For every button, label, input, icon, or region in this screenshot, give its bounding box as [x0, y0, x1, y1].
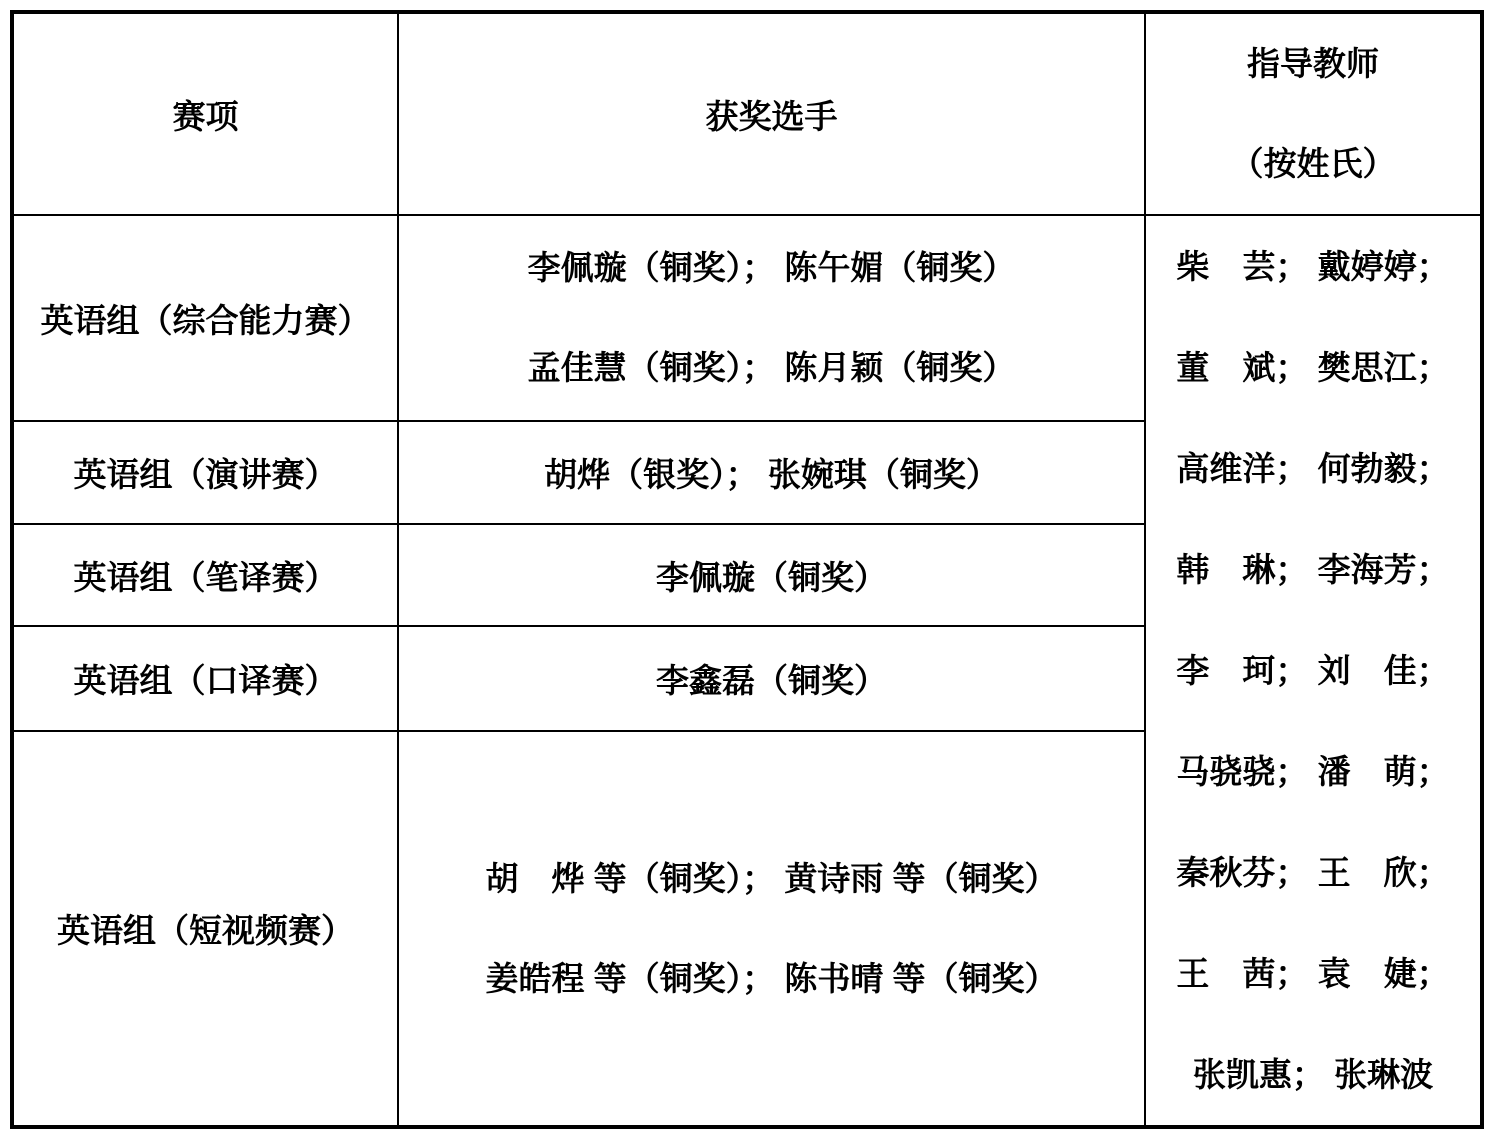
teacher-line: 王 茜； 袁 婕； [1146, 923, 1480, 1024]
winner-line: 胡 烨 等（铜奖）； 黄诗雨 等（铜奖） [399, 829, 1144, 929]
winner-line: 李佩璇（铜奖）； 陈午媚（铜奖） [399, 218, 1144, 318]
teacher-line: 李 珂； 刘 佳； [1146, 620, 1480, 721]
teacher-line: 柴 芸； 戴婷婷； [1146, 216, 1480, 317]
teacher-line: 董 斌； 樊思江； [1146, 317, 1480, 418]
winners-cell: 李鑫磊（铜奖） [398, 626, 1145, 731]
teacher-line: 马骁骁； 潘 萌； [1146, 721, 1480, 822]
document-page: 赛项 获奖选手 指导教师 （按姓氏） 英语组（综合能力赛） 李佩璇（铜奖）； 陈… [0, 0, 1492, 1142]
teacher-line: 高维洋； 何勃毅； [1146, 418, 1480, 519]
event-cell: 英语组（笔译赛） [12, 524, 398, 626]
table-row-comprehensive: 英语组（综合能力赛） 李佩璇（铜奖）； 陈午媚（铜奖） 孟佳慧（铜奖）； 陈月颖… [12, 215, 1482, 421]
winners-cell: 李佩璇（铜奖）； 陈午媚（铜奖） 孟佳慧（铜奖）； 陈月颖（铜奖） [398, 215, 1145, 421]
header-teachers-line1: 指导教师 [1146, 14, 1480, 114]
winners-cell: 胡 烨 等（铜奖）； 黄诗雨 等（铜奖） 姜皓程 等（铜奖）； 陈书晴 等（铜奖… [398, 731, 1145, 1127]
winners-cell: 李佩璇（铜奖） [398, 524, 1145, 626]
header-teachers: 指导教师 （按姓氏） [1145, 12, 1482, 215]
event-cell: 英语组（口译赛） [12, 626, 398, 731]
awards-table: 赛项 获奖选手 指导教师 （按姓氏） 英语组（综合能力赛） 李佩璇（铜奖）； 陈… [10, 10, 1484, 1129]
winners-cell: 胡烨（银奖）； 张婉琪（铜奖） [398, 421, 1145, 524]
event-cell: 英语组（综合能力赛） [12, 215, 398, 421]
teachers-cell: 柴 芸； 戴婷婷； 董 斌； 樊思江； 高维洋； 何勃毅； 韩 琳； 李海芳； … [1145, 215, 1482, 1127]
winner-line: 孟佳慧（铜奖）； 陈月颖（铜奖） [399, 318, 1144, 418]
header-teachers-line2: （按姓氏） [1146, 114, 1480, 214]
event-cell: 英语组（短视频赛） [12, 731, 398, 1127]
header-winners: 获奖选手 [398, 12, 1145, 215]
header-row: 赛项 获奖选手 指导教师 （按姓氏） [12, 12, 1482, 215]
winner-line: 姜皓程 等（铜奖）； 陈书晴 等（铜奖） [399, 929, 1144, 1029]
teacher-line: 张凯惠； 张琳波 [1146, 1024, 1480, 1125]
teacher-line: 韩 琳； 李海芳； [1146, 519, 1480, 620]
header-event: 赛项 [12, 12, 398, 215]
event-cell: 英语组（演讲赛） [12, 421, 398, 524]
teacher-line: 秦秋芬； 王 欣； [1146, 822, 1480, 923]
